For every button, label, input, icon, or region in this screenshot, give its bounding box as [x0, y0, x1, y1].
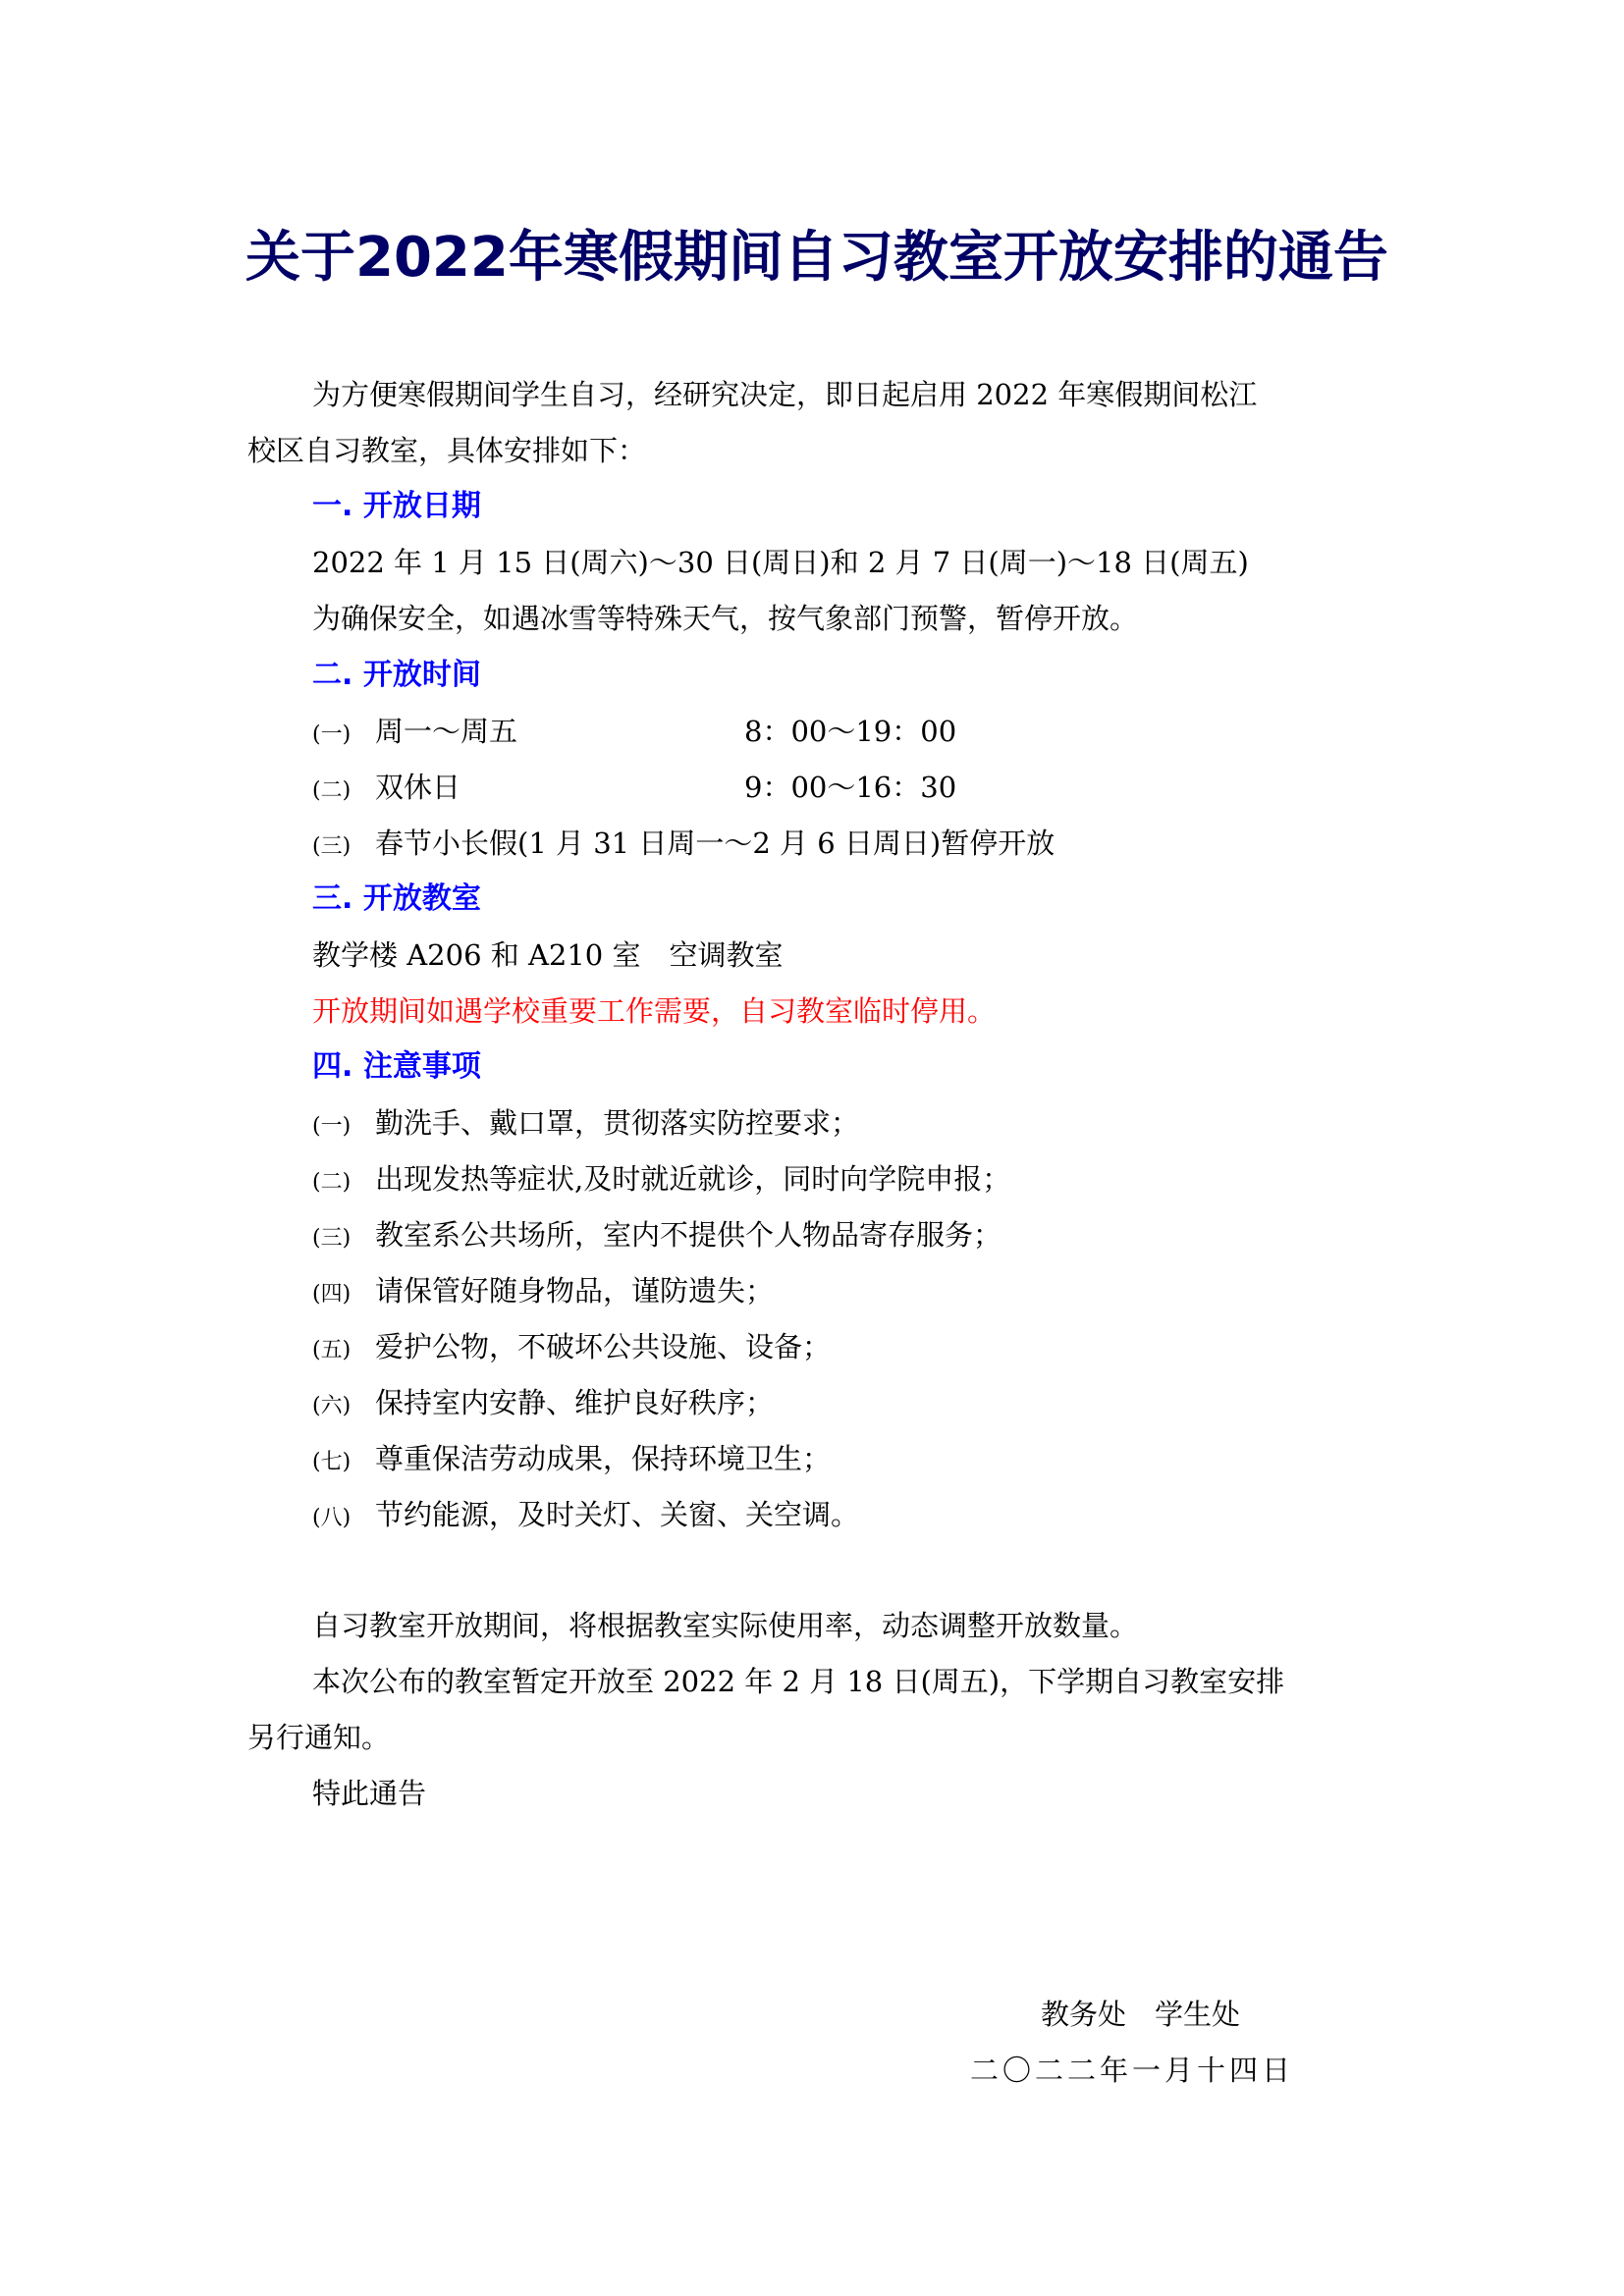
section-heading-rooms: 三. 开放教室	[312, 880, 481, 919]
notes-text: 爱护公物，不破坏公共设施、设备；	[375, 1330, 831, 1363]
item-number: (二)	[312, 1163, 375, 1202]
closing-line-1: 自习教室开放期间，将根据教室实际使用率，动态调整开放数量。	[312, 1606, 1138, 1645]
notes-item: (七)尊重保洁劳动成果，保持环境卫生；	[312, 1439, 831, 1482]
notes-text: 请保管好随身物品，谨防遗失；	[375, 1274, 774, 1308]
notes-item: (三)教室系公共场所，室内不提供个人物品寄存服务；	[312, 1215, 1001, 1258]
notes-text: 节约能源，及时关灯、关窗、关空调。	[375, 1498, 859, 1531]
item-number: (二)	[312, 772, 375, 811]
item-number: (一)	[312, 1107, 375, 1147]
notes-item: (六)保持室内安静、维护良好秩序；	[312, 1383, 774, 1426]
notes-text: 保持室内安静、维护良好秩序；	[375, 1386, 774, 1419]
notes-item: (二)出现发热等症状,及时就近就诊，同时向学院申报；	[312, 1159, 1010, 1202]
dates-line-1: 2022 年 1 月 15 日(周六)～30 日(周日)和 2 月 7 日(周一…	[312, 543, 1249, 582]
rooms-line: 教学楼 A206 和 A210 室 空调教室	[312, 935, 783, 975]
intro-line-2: 校区自习教室，具体安排如下：	[247, 431, 646, 470]
dates-line-2: 为确保安全，如遇冰雪等特殊天气，按气象部门预警，暂停开放。	[312, 599, 1138, 638]
section-heading-hours: 二. 开放时间	[312, 656, 481, 695]
rooms-warning: 开放期间如遇学校重要工作需要，自习教室临时停用。	[312, 991, 996, 1031]
hours-item-weekdays: (一)周一～周五8：00～19：00	[312, 712, 517, 755]
document-title: 关于2022年寒假期间自习教室开放安排的通告	[245, 224, 1384, 293]
notes-item: (一)勤洗手、戴口罩，贯彻落实防控要求；	[312, 1103, 859, 1147]
item-number: (五)	[312, 1331, 375, 1370]
notes-text: 勤洗手、戴口罩，贯彻落实防控要求；	[375, 1106, 859, 1140]
hours-item-weekend: (二)双休日9：00～16：30	[312, 768, 460, 811]
section-heading-notes: 四. 注意事项	[312, 1047, 481, 1087]
notes-item: (八)节约能源，及时关灯、关窗、关空调。	[312, 1495, 859, 1538]
closing-line-4: 特此通告	[312, 1774, 426, 1813]
signature-date: 二〇二二年一月十四日	[970, 2051, 1294, 2090]
hours-label: 春节小长假(1 月 31 日周一～2 月 6 日周日)暂停开放	[375, 827, 1055, 860]
document-page: 关于2022年寒假期间自习教室开放安排的通告 为方便寒假期间学生自习，经研究决定…	[0, 0, 1624, 2296]
item-number: (三)	[312, 828, 375, 867]
item-number: (三)	[312, 1219, 375, 1258]
item-number: (七)	[312, 1443, 375, 1482]
intro-line-1: 为方便寒假期间学生自习，经研究决定，即日起启用 2022 年寒假期间松江	[312, 375, 1257, 414]
closing-line-2: 本次公布的教室暂定开放至 2022 年 2 月 18 日(周五)，下学期自习教室…	[312, 1662, 1284, 1701]
notes-item: (四)请保管好随身物品，谨防遗失；	[312, 1271, 774, 1314]
notes-text: 教室系公共场所，室内不提供个人物品寄存服务；	[375, 1218, 1001, 1252]
signature-departments: 教务处 学生处	[1041, 1995, 1240, 2034]
notes-text: 尊重保洁劳动成果，保持环境卫生；	[375, 1442, 831, 1475]
item-number: (八)	[312, 1499, 375, 1538]
notes-item: (五)爱护公物，不破坏公共设施、设备；	[312, 1327, 831, 1370]
notes-text: 出现发热等症状,及时就近就诊，同时向学院申报；	[375, 1162, 1010, 1196]
item-number: (四)	[312, 1275, 375, 1314]
hours-time: 8：00～19：00	[744, 712, 956, 751]
hours-label: 周一～周五	[375, 715, 517, 748]
item-number: (一)	[312, 716, 375, 755]
hours-label: 双休日	[375, 771, 460, 804]
item-number: (六)	[312, 1387, 375, 1426]
section-heading-dates: 一. 开放日期	[312, 487, 481, 526]
hours-item-spring-festival: (三)春节小长假(1 月 31 日周一～2 月 6 日周日)暂停开放	[312, 824, 1055, 867]
hours-time: 9：00～16：30	[744, 768, 956, 807]
closing-line-3: 另行通知。	[247, 1718, 390, 1757]
